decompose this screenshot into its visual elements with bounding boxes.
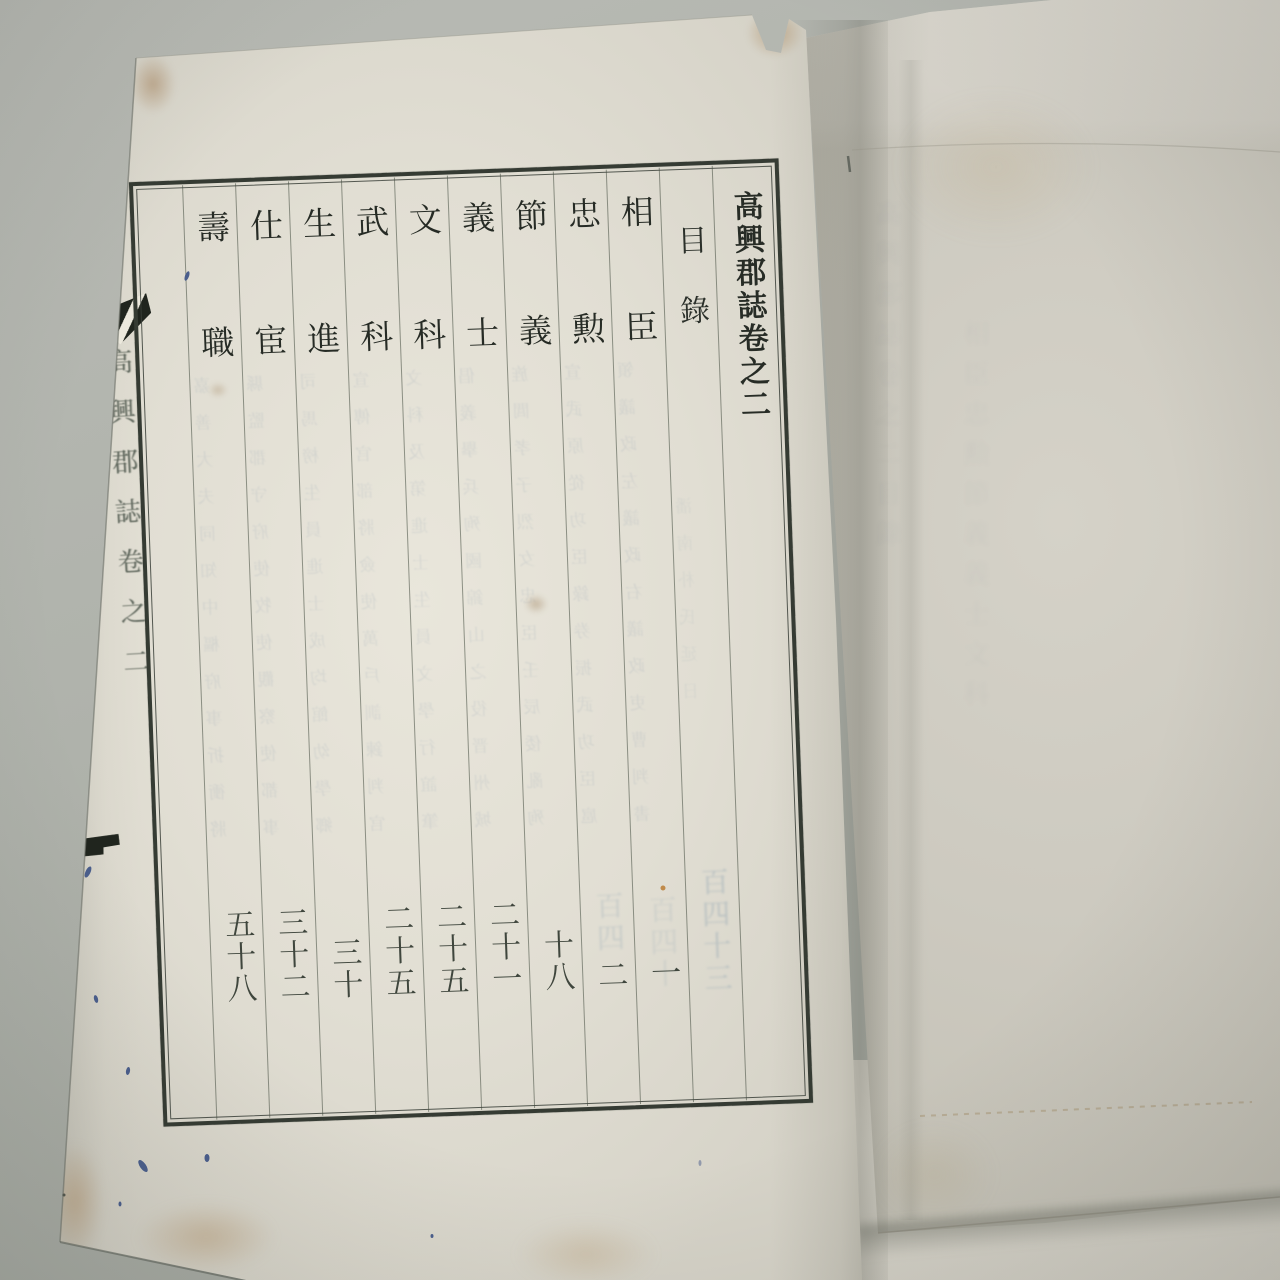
paper-stain [136, 1202, 276, 1272]
bleed-through-page-number: 百四 [586, 890, 628, 955]
paper-stain [208, 382, 228, 398]
paper-stain [524, 594, 548, 614]
tear-stain [746, 8, 804, 58]
toc-page-number: 五十八 [214, 908, 261, 1006]
toc-page-number: 三十 [321, 936, 367, 1002]
toc-page-number: 三十二 [267, 906, 314, 1004]
toc-page-number: 二十五 [425, 900, 472, 998]
paper-stain [874, 1124, 994, 1224]
toc-columns: 高興郡誌卷之二 目錄 潘南朴氏延日鄭氏河東 百四十三 相臣 領議政左議政右議政吏… [134, 164, 808, 1122]
bleed-through-page-number: 百四十三 [691, 867, 736, 996]
toc-page-number: 二十一 [478, 898, 525, 996]
paper-stain [896, 92, 1096, 242]
toc-page-number: 二 [587, 958, 632, 992]
toc-page-number: 十八 [533, 928, 579, 994]
book-photo-scene: 高興郡誌卷之二目錄 相臣忠勲節義義士文科 高興郡誌卷之二 高興郡誌卷之二 目錄 … [0, 0, 1280, 1280]
volume-title: 高興郡誌卷之二 [722, 190, 774, 422]
paper-stain [46, 1142, 104, 1260]
bleed-through-text: 潘南朴氏延日鄭氏河東 [674, 496, 730, 718]
toc-page-number: 二十五 [373, 902, 420, 1000]
toc-page-number: 一 [640, 956, 685, 990]
paper-stain [516, 1222, 656, 1280]
bleed-through-text: 相臣忠勲節義義士文科 [956, 320, 993, 720]
printed-border-frame: 高興郡誌卷之二 目錄 潘南朴氏延日鄭氏河東 百四十三 相臣 領議政左議政右議政吏… [129, 158, 813, 1126]
toc-heading: 目錄 [666, 224, 715, 366]
paper-stain [130, 54, 176, 114]
